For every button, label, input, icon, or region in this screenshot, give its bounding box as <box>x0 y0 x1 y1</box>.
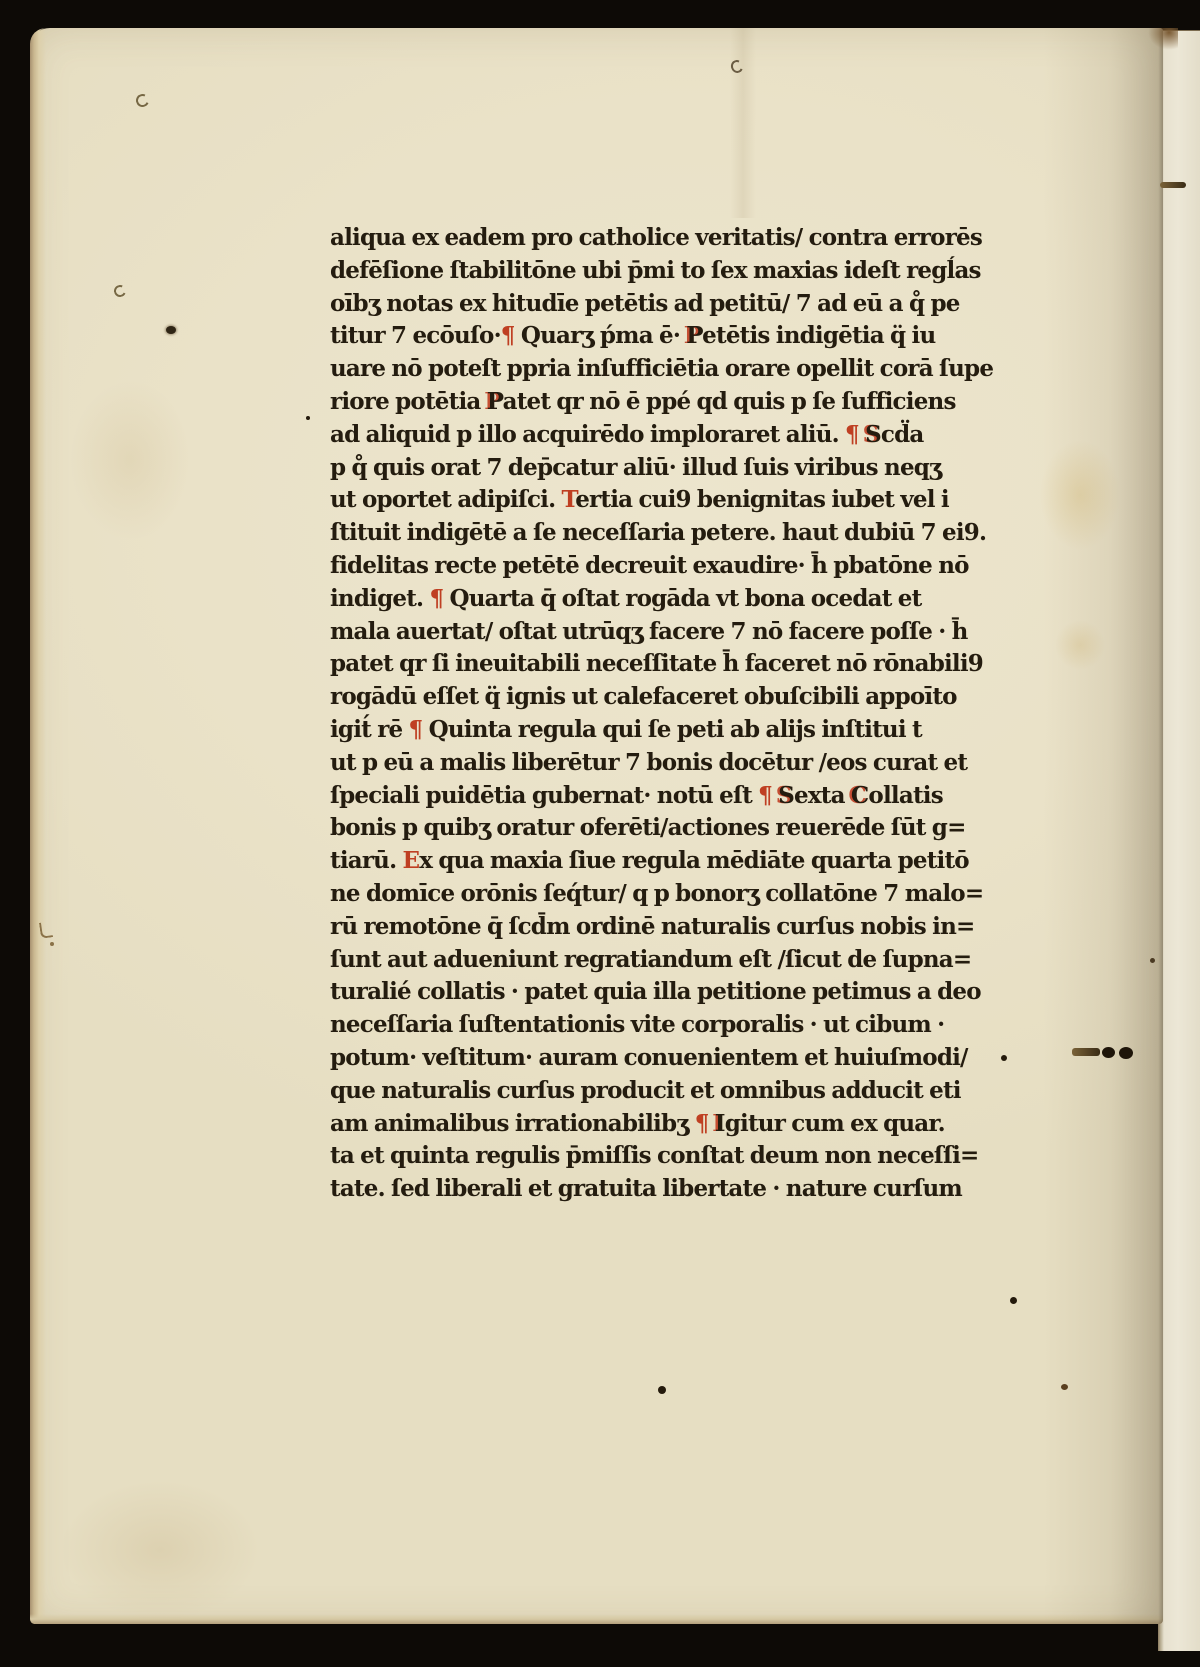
text-segment: I <box>715 1110 725 1137</box>
text-line: ta et quinta regulis p̄miſſis conſtat de… <box>330 1140 975 1173</box>
text-segment: fidelitas recte petētē decreuit exaudire… <box>330 552 969 579</box>
text-segment: Quinta regula qui ſe peti ab alijs inſti… <box>429 716 922 743</box>
rubric-mark: ¶ <box>695 1110 715 1137</box>
text-segment: tiarū. <box>330 847 403 874</box>
text-segment: ertia cui9 benignitas iubet vel i <box>575 486 949 513</box>
text-segment: ollatis <box>868 782 942 809</box>
ink-speck <box>50 942 54 946</box>
text-segment: rū remotōne q̄ ſcd̄m ordinē naturalis cu… <box>330 913 974 940</box>
ink-speck <box>1150 958 1155 963</box>
foxing-stain <box>1055 620 1105 670</box>
text-line: ut oportet adipiſci. Tertia cui9 benigni… <box>330 484 975 517</box>
ink-speck <box>1010 1297 1017 1304</box>
text-segment: riore potētia <box>330 388 487 415</box>
text-segment: uare nō poteſt ppria inſufficiētia orare… <box>330 355 993 382</box>
text-segment: atet qr nō ē ppé qd quis p ſe ſufficiens <box>503 388 956 415</box>
text-segment: x qua maxia ſiue regula mēdiāte quarta p… <box>419 847 969 874</box>
text-block: aliqua ex eadem pro catholice veritatis/… <box>330 222 975 1206</box>
text-line: ne domīce orōnis ſeq́tur/ q p bonorʒ col… <box>330 878 975 911</box>
text-segment: neceſſaria ſuſtentationis vite corporali… <box>330 1011 944 1038</box>
sewing-thread-knot <box>1102 1047 1115 1058</box>
text-line: tiarū. Ex qua maxia ſiue regula mēdiāte … <box>330 845 975 878</box>
page-deckle-edge-bottom <box>30 1614 1163 1624</box>
text-segment: ſtituit indigētē a ſe neceſſaria petere.… <box>330 519 986 546</box>
rubric-mark: E <box>403 847 420 874</box>
text-segment: C <box>851 782 869 809</box>
text-segment: Quarta q̄ oſtat rogāda vt bona ocedat et <box>449 585 921 612</box>
text-line: oībʒ notas ex hitudīe petētis ad petitū/… <box>330 288 975 321</box>
underlying-page-edge <box>1158 30 1200 1651</box>
text-segment: S <box>778 782 794 809</box>
rubric-mark: ¶ <box>758 782 778 809</box>
text-line: ad aliquid p illo acquirēdo imploraret a… <box>330 419 975 452</box>
text-line: ſtituit indigētē a ſe neceſſaria petere.… <box>330 517 975 550</box>
text-line: rū remotōne q̄ ſcd̄m ordinē naturalis cu… <box>330 911 975 944</box>
page-deckle-edge-left <box>30 28 46 1624</box>
text-segment: exta <box>794 782 851 809</box>
text-segment: cd̈a <box>881 421 924 448</box>
ink-speck <box>1061 1384 1068 1390</box>
text-line: uare nō poteſt ppria inſufficiētia orare… <box>330 353 975 386</box>
text-segment: P <box>686 322 702 349</box>
text-line: titur 7 ecōuſo·¶ Quarʒ ṕma ē· Petētis in… <box>330 320 975 353</box>
text-line: p q̊ quis orat 7 dep̄catur aliū· illud ſ… <box>330 452 975 485</box>
foxing-stain <box>1040 440 1120 550</box>
rubric-mark: ¶ <box>409 716 429 743</box>
rubric-mark: ¶ <box>501 322 521 349</box>
margin-mark <box>39 921 53 939</box>
text-line: patet qr ſi ineuitabili neceſſitate h̄ f… <box>330 648 975 681</box>
text-segment: Quarʒ ṕma ē· <box>521 322 686 349</box>
text-segment: ne domīce orōnis ſeq́tur/ q p bonorʒ col… <box>330 880 983 907</box>
text-segment: etētis indigētia q̈ iu <box>702 322 935 349</box>
text-segment: indiget. <box>330 585 429 612</box>
ink-speck <box>658 1386 666 1394</box>
text-segment: am animalibus irrationabilibʒ <box>330 1110 695 1137</box>
text-line: tate. ſed liberali et gratuita libertate… <box>330 1173 975 1206</box>
text-segment: mala auertat/ oſtat utrūqʒ facere 7 nō f… <box>330 618 968 645</box>
text-line: fidelitas recte petētē decreuit exaudire… <box>330 550 975 583</box>
text-line: bonis p quibʒ oratur oferēti/actiones re… <box>330 812 975 845</box>
text-segment: ta et quinta regulis p̄miſſis conſtat de… <box>330 1142 979 1169</box>
text-line: que naturalis curſus producit et omnibus… <box>330 1075 975 1108</box>
text-line: aliqua ex eadem pro catholice veritatis/… <box>330 222 975 255</box>
photograph-of-book-page: aliqua ex eadem pro catholice veritatis/… <box>0 0 1200 1667</box>
sewing-thread-knot <box>1119 1047 1133 1059</box>
text-segment: patet qr ſi ineuitabili neceſſitate h̄ f… <box>330 650 983 677</box>
text-line: riore potētia Patet qr nō ē ppé qd quis … <box>330 386 975 419</box>
text-segment: ut p eū a malis liberētur 7 bonis docētu… <box>330 749 967 776</box>
text-segment: aliqua ex eadem pro catholice veritatis/… <box>330 224 982 251</box>
foxing-stain <box>60 1480 260 1620</box>
sewing-thread <box>1072 1048 1100 1056</box>
text-segment: ad aliquid p illo acquirēdo imploraret a… <box>330 421 845 448</box>
text-line: defēſione ſtabilitōne ubi p̄mi to ſex ma… <box>330 255 975 288</box>
text-line: rogādū eſſet q̈ ignis ut calefaceret obu… <box>330 681 975 714</box>
text-line: ut p eū a malis liberētur 7 bonis docētu… <box>330 747 975 780</box>
text-segment: tate. ſed liberali et gratuita libertate… <box>330 1175 962 1202</box>
wormhole <box>166 326 176 334</box>
text-segment: igit́ rē <box>330 716 409 743</box>
corner-stain <box>1148 28 1178 50</box>
rubric-mark: T <box>562 486 576 513</box>
text-line: indiget. ¶ Quarta q̄ oſtat rogāda vt bon… <box>330 583 975 616</box>
text-segment: gitur cum ex quar. <box>725 1110 945 1137</box>
text-line: igit́ rē ¶ Quinta regula qui ſe peti ab … <box>330 714 975 747</box>
foxing-stain <box>70 380 190 540</box>
rubric-mark: ¶ <box>429 585 449 612</box>
text-line: potum· veſtitum· auram conuenientem et h… <box>330 1042 975 1075</box>
text-segment: ut oportet adipiſci. <box>330 486 562 513</box>
text-line: am animalibus irrationabilibʒ ¶ Igitur c… <box>330 1108 975 1141</box>
text-line: neceſſaria ſuſtentationis vite corporali… <box>330 1009 975 1042</box>
rubric-mark: ¶ <box>845 421 865 448</box>
text-line: turalié collatis · patet quia illa petit… <box>330 976 975 1009</box>
text-segment: p q̊ quis orat 7 dep̄catur aliū· illud ſ… <box>330 454 941 481</box>
paper-crease <box>730 28 756 218</box>
text-segment: turalié collatis · patet quia illa petit… <box>330 978 981 1005</box>
text-segment: que naturalis curſus producit et omnibus… <box>330 1077 961 1104</box>
text-segment: S <box>865 421 881 448</box>
ink-speck <box>1001 1055 1007 1061</box>
sewing-thread <box>1160 182 1186 188</box>
text-line: ſunt aut adueniunt regratiandum eſt /ſic… <box>330 944 975 977</box>
ink-speck <box>306 416 310 420</box>
text-segment: defēſione ſtabilitōne ubi p̄mi to ſex ma… <box>330 257 981 284</box>
text-segment: titur 7 ecōuſo· <box>330 322 501 349</box>
text-segment: ſpeciali puidētia gubernat· notū eſt <box>330 782 758 809</box>
text-segment: ſunt aut adueniunt regratiandum eſt /ſic… <box>330 946 971 973</box>
text-segment: bonis p quibʒ oratur oferēti/actiones re… <box>330 814 966 841</box>
text-segment: rogādū eſſet q̈ ignis ut calefaceret obu… <box>330 683 957 710</box>
text-segment: oībʒ notas ex hitudīe petētis ad petitū/… <box>330 290 960 317</box>
text-segment: P <box>487 388 503 415</box>
text-segment: potum· veſtitum· auram conuenientem et h… <box>330 1044 968 1071</box>
text-line: mala auertat/ oſtat utrūqʒ facere 7 nō f… <box>330 616 975 649</box>
text-line: ſpeciali puidētia gubernat· notū eſt ¶ S… <box>330 780 975 813</box>
